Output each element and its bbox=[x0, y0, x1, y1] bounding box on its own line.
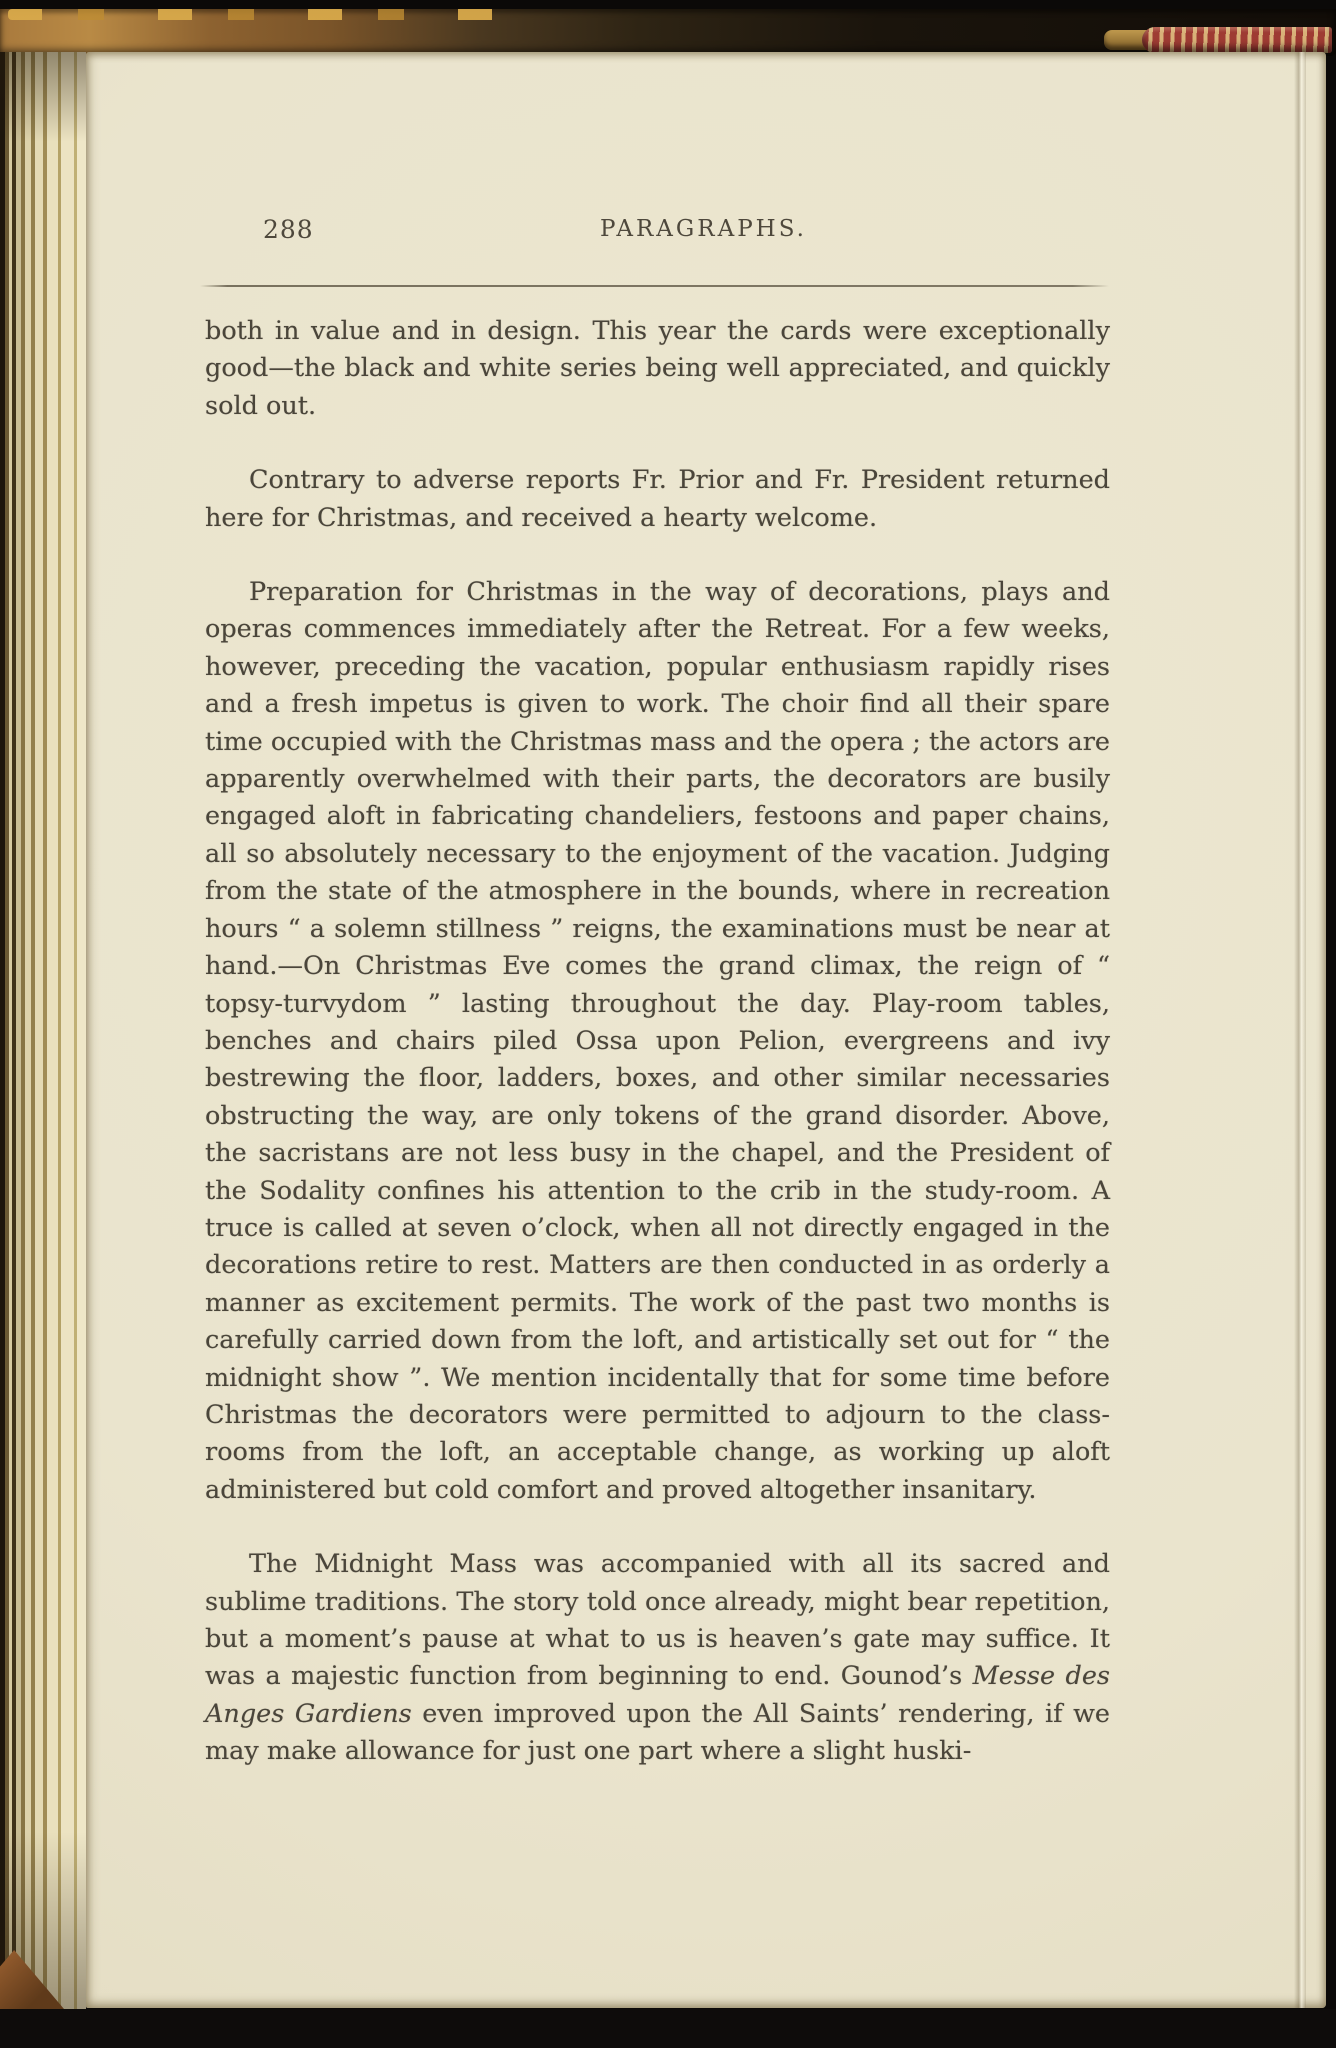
page-crease bbox=[1294, 52, 1306, 2008]
text-run: Contrary to adverse reports Fr. Prior an… bbox=[205, 465, 1110, 532]
page-edge-stack bbox=[0, 52, 86, 2009]
paragraph: The Midnight Mass was accompanied with a… bbox=[205, 1546, 1110, 1770]
paragraph: Contrary to adverse reports Fr. Prior an… bbox=[205, 462, 1110, 537]
gilt-wear-patches bbox=[8, 9, 528, 20]
page-text: both in value and in design. This year t… bbox=[205, 313, 1110, 1808]
text-run: both in value and in design. This year t… bbox=[205, 316, 1110, 421]
book-page: 288 PARAGRAPHS. both in value and in des… bbox=[86, 52, 1326, 2008]
paragraph: Preparation for Christmas in the way of … bbox=[205, 574, 1110, 1509]
book-photo: 288 PARAGRAPHS. both in value and in des… bbox=[0, 0, 1336, 2048]
text-run: Preparation for Christmas in the way of … bbox=[205, 577, 1110, 1505]
cloth-background-bottom bbox=[0, 2009, 1336, 2048]
paragraph: both in value and in design. This year t… bbox=[205, 313, 1110, 425]
page-header: 288 PARAGRAPHS. bbox=[205, 215, 1110, 249]
headband bbox=[1142, 27, 1332, 53]
header-rule bbox=[200, 285, 1109, 287]
running-head: PARAGRAPHS. bbox=[205, 216, 1202, 242]
